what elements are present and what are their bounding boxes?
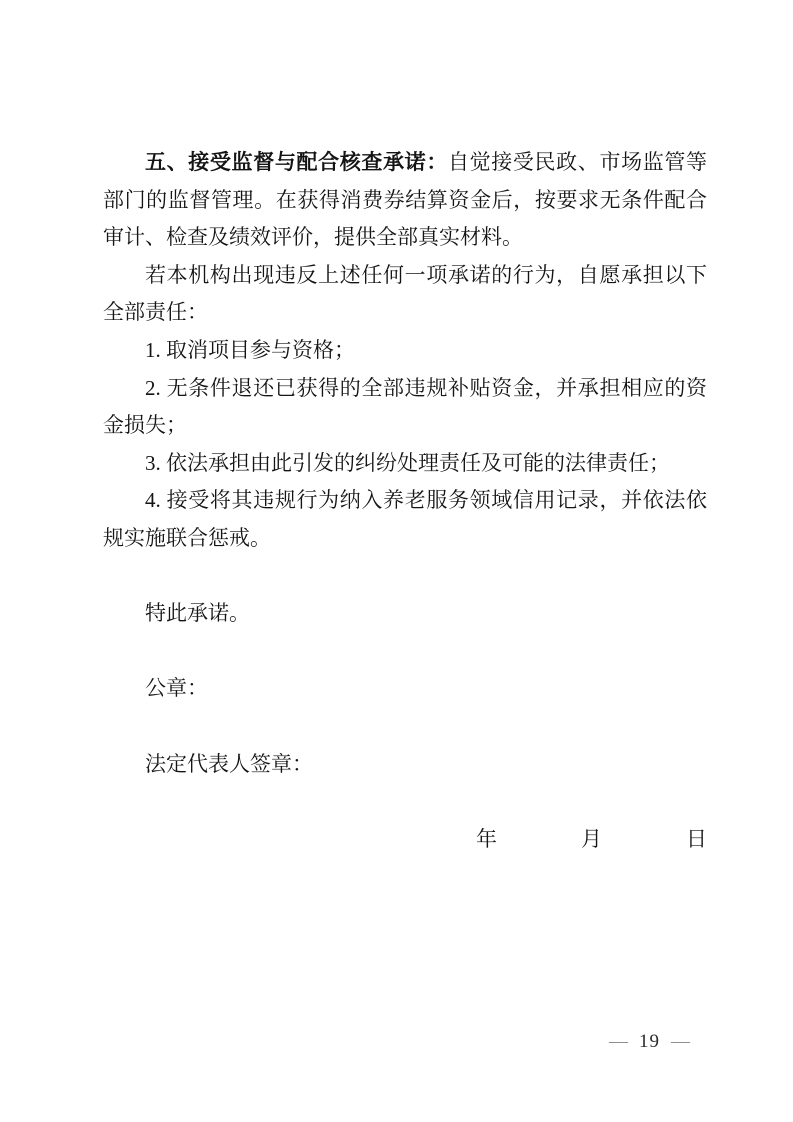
liability-item-1: 1. 取消项目参与资格； — [103, 332, 707, 370]
page-number-dash-left: — — [609, 1031, 628, 1053]
page-number: — 19 — — [609, 1031, 690, 1053]
document-body: 五、接受监督与配合核查承诺：自觉接受民政、市场监管等部门的监督管理。在获得消费券… — [103, 144, 707, 858]
date-line: 年 月 日 — [103, 821, 707, 859]
page-number-dash-right: — — [671, 1031, 690, 1053]
liability-item-4: 4. 接受将其违规行为纳入养老服务领域信用记录，并依法依规实施联合惩戒。 — [103, 482, 707, 557]
liability-intro-paragraph: 若本机构出现违反上述任何一项承诺的行为，自愿承担以下全部责任： — [103, 257, 707, 332]
official-seal-label: 公章： — [103, 670, 707, 708]
liability-item-2: 2. 无条件退还已获得的全部违规补贴资金，并承担相应的资金损失； — [103, 370, 707, 445]
closing-statement: 特此承诺。 — [103, 595, 707, 633]
legal-representative-signature-label: 法定代表人签章： — [103, 746, 707, 784]
section-5-heading: 五、接受监督与配合核查承诺： — [145, 151, 448, 174]
liability-item-3: 3. 依法承担由此引发的纠纷处理责任及可能的法律责任； — [103, 445, 707, 483]
document-page: 五、接受监督与配合核查承诺：自觉接受民政、市场监管等部门的监督管理。在获得消费券… — [0, 0, 793, 1122]
page-number-value: 19 — [639, 1031, 660, 1053]
section-5-paragraph: 五、接受监督与配合核查承诺：自觉接受民政、市场监管等部门的监督管理。在获得消费券… — [103, 144, 707, 257]
